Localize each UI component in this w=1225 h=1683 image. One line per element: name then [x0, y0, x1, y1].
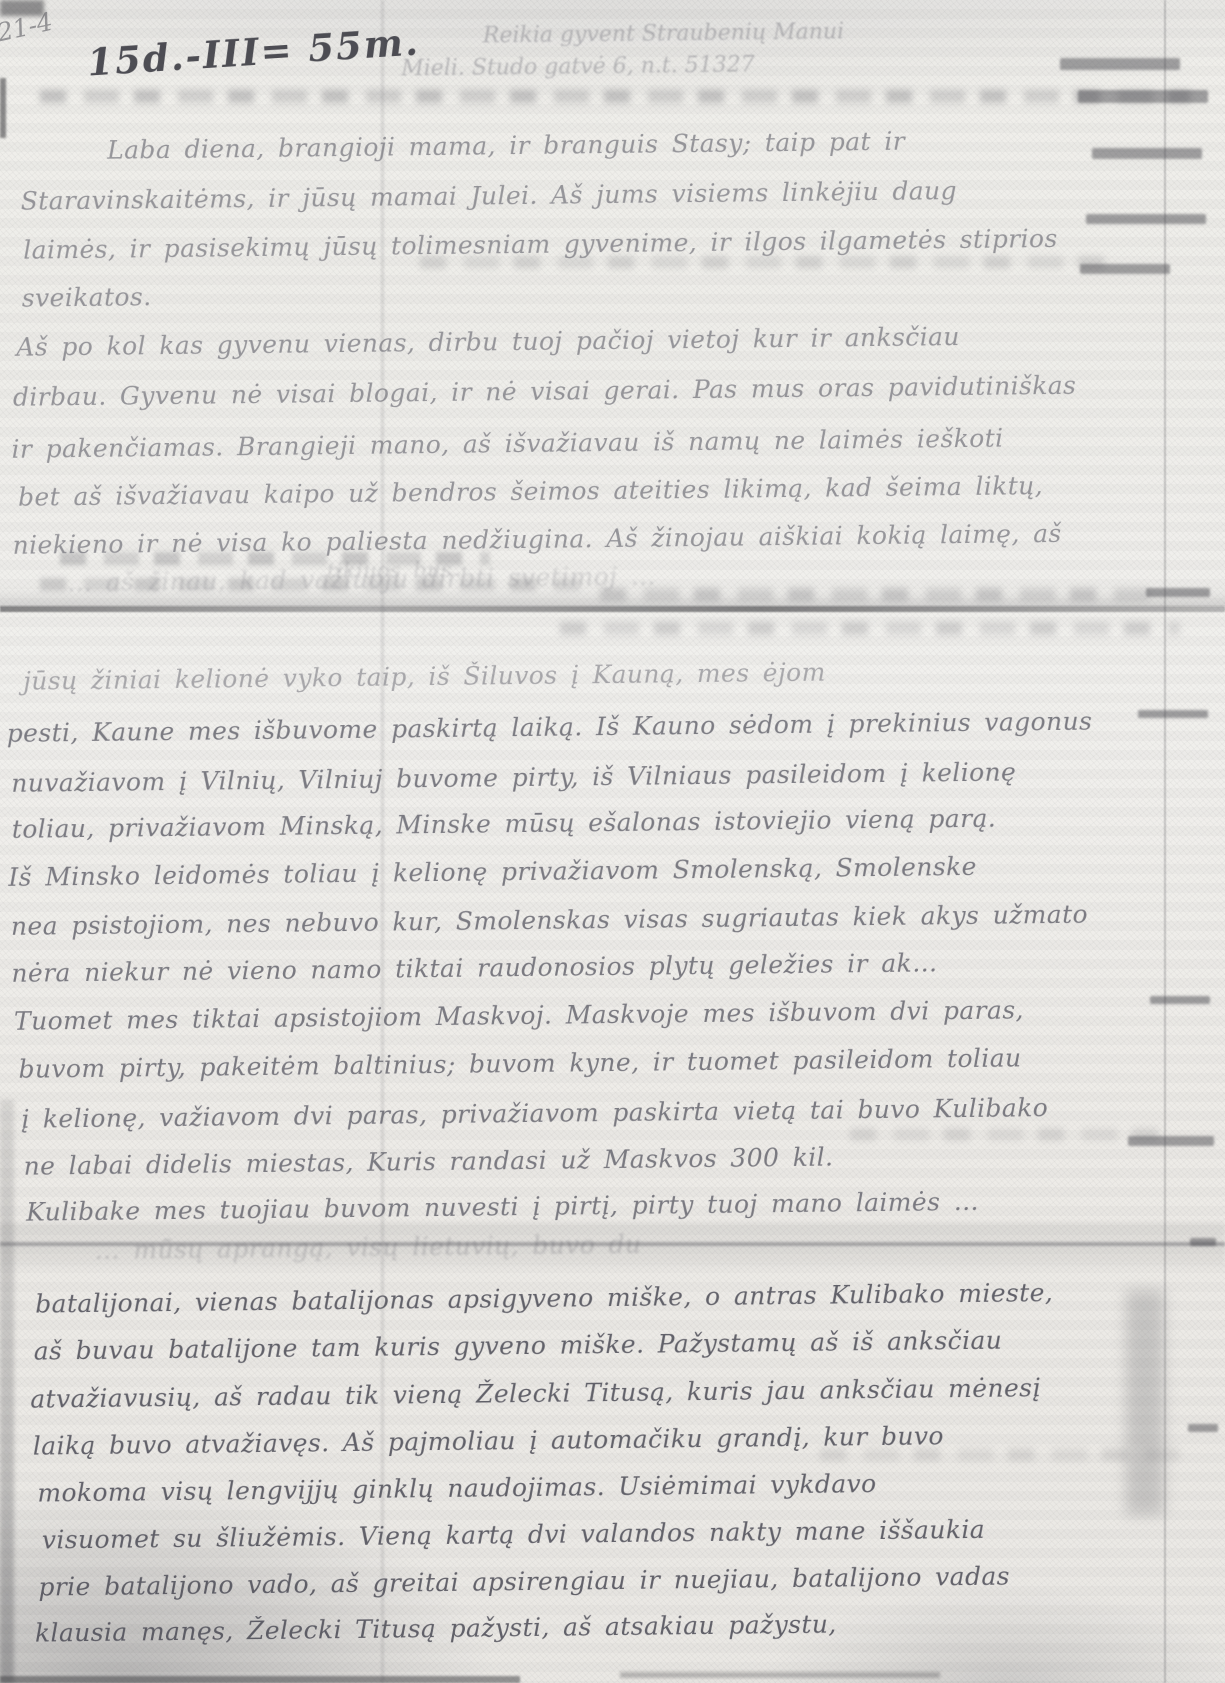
news-line: bet aš išvažiavau kaipo už bendros šeimo…	[18, 471, 1043, 512]
army-line: klausia manęs, Želecki Titusą pažysti, a…	[35, 1610, 837, 1648]
faded-line: … mūsų aprangą, visų lietuvių, buvo du	[94, 1230, 641, 1265]
army-line: batalijonai, vienas batalijonas apsigyve…	[35, 1278, 1053, 1319]
pencil-note-line: Reikia gyvent Straubenių Manui	[483, 19, 845, 48]
greeting-line: Laba diena, brangioji mama, ir branguis …	[107, 127, 905, 165]
scan-dash	[1146, 588, 1210, 597]
journey-line: Tuomet mes tiktai apsistojiom Maskvoj. M…	[14, 995, 1024, 1035]
army-line: atvažiavusių, aš radau tik vieną Želecki…	[30, 1373, 1041, 1413]
faded-line: tikiuos bus	[327, 558, 453, 583]
journey-line: ne labai didelis miestas, Kuris randasi …	[23, 1143, 833, 1181]
news-line: ir pakenčiamas. Brangieji mano, aš išvaž…	[11, 424, 1003, 464]
army-line: mokoma visų lengvijjų ginklų naudojimas.…	[37, 1469, 877, 1508]
journey-line: buvom pirty, pakeitėm baltinius; buvom k…	[18, 1043, 1021, 1083]
pencil-note-line: Mieli. Studo gatvė 6, n.t. 51327	[401, 52, 755, 81]
greeting-line: Staravinskaitėms, ir jūsų mamai Julei. A…	[21, 176, 958, 216]
scan-dash	[1138, 710, 1208, 718]
scan-dash	[1128, 1136, 1214, 1146]
scan-streak	[1126, 1290, 1164, 1515]
scanned-letter-page: 21-4 15d.-III= 55m. Reikia gyvent Straub…	[0, 0, 1225, 1683]
scan-dash	[1086, 214, 1206, 224]
scan-dash	[1190, 1238, 1216, 1246]
journey-line: Iš Minsko leidomės toliau į kelionę priv…	[8, 852, 977, 892]
journey-line: į kelionę, važiavom dvi paras, privažiav…	[21, 1093, 1048, 1134]
army-line: aš buvau batalijone tam kuris gyveno miš…	[34, 1326, 1003, 1366]
scan-dash	[1080, 264, 1170, 274]
journey-line: nėra niekur nė vieno namo tiktai raudono…	[11, 948, 937, 988]
handwriting-layer: 21-4 15d.-III= 55m. Reikia gyvent Straub…	[0, 0, 1225, 1683]
news-line: Aš po kol kas gyvenu vienas, dirbu tuoj …	[16, 322, 960, 362]
army-line: laiką buvo atvažiavęs. Aš pajmoliau į au…	[33, 1421, 944, 1460]
greeting-line: laimės, ir pasisekimų jūsų tolimesniam g…	[23, 224, 1058, 265]
news-line: dirbau. Gyvenu nė visai blogai, ir nė vi…	[13, 371, 1077, 412]
journey-line: pesti, Kaune mes išbuvome paskirtą laiką…	[7, 707, 1093, 748]
corner-mark: 21-4	[0, 7, 55, 48]
army-line: visuomet su šliužėmis. Vieną kartą dvi v…	[42, 1515, 985, 1555]
scan-dash	[1092, 148, 1202, 159]
scan-dash	[1078, 90, 1208, 103]
journey-line: Kulibake mes tuojiau buvom nuvesti į pir…	[26, 1187, 979, 1227]
journey-line: nea psistojiom, nes nebuvo kur, Smolensk…	[11, 900, 1088, 941]
journey-line: nuvažiavom į Vilnių, Vilniuj buvome pirt…	[11, 757, 1016, 797]
greeting-line: sveikatos.	[22, 282, 152, 312]
news-line: niekieno ir nė visa ko paliesta nedžiugi…	[12, 519, 1061, 560]
scan-dash	[1150, 996, 1210, 1004]
date-heading: 15d.-III= 55m.	[86, 19, 421, 84]
scan-dash	[1060, 58, 1180, 70]
journey-line: jūsų žiniai kelionė vyko taip, iš Šiluvo…	[23, 658, 826, 696]
journey-line: toliau, privažiavom Minską, Minske mūsų …	[12, 804, 997, 844]
army-line: prie batalijono vado, aš greitai apsiren…	[38, 1562, 1010, 1602]
scan-dash	[1188, 1424, 1218, 1432]
